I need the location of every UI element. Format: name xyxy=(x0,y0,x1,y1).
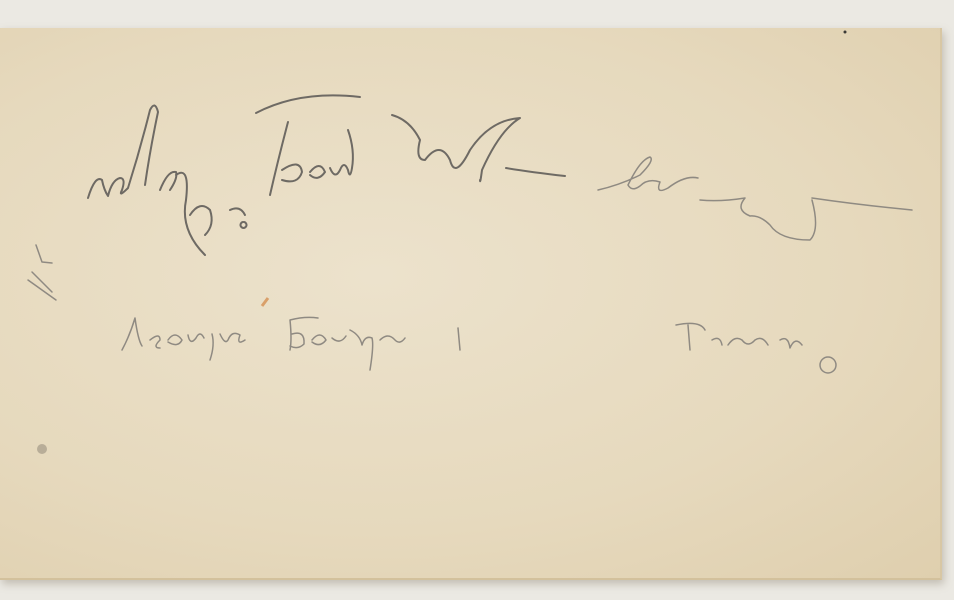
stain-mark xyxy=(37,444,47,454)
stain-mark-orange xyxy=(262,298,268,306)
handwriting-margin-number xyxy=(28,245,56,300)
handwriting-line1-mid xyxy=(256,95,565,195)
handwriting-layer xyxy=(0,0,954,600)
handwriting-line1-left xyxy=(88,105,247,255)
handwriting-line2 xyxy=(122,317,836,373)
handwriting-line1-right xyxy=(598,157,912,240)
dot-mark xyxy=(844,31,847,34)
